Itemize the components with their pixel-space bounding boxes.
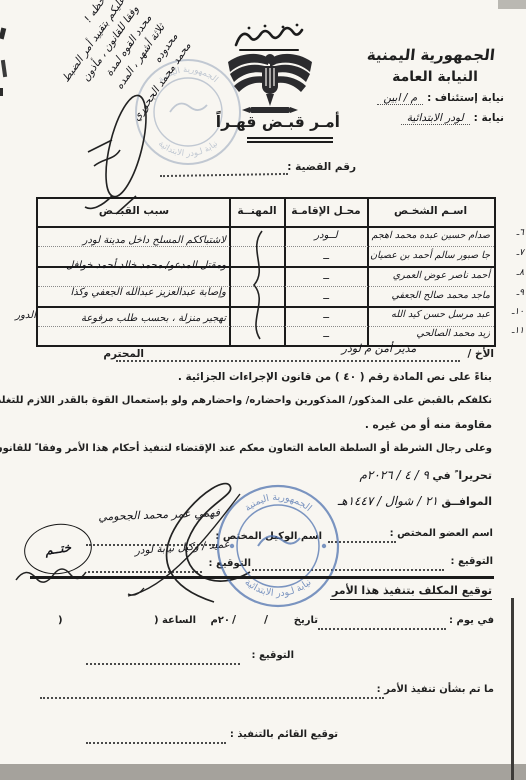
col-header-residence: محـل الإقامـة xyxy=(286,205,366,217)
appeal-value: م / ابين xyxy=(377,92,423,105)
profession-brace xyxy=(240,229,274,341)
stamp-top-text: الجمهورية اليمنية xyxy=(242,492,313,514)
signature-label: التوقيع : xyxy=(242,650,294,661)
done-line xyxy=(40,697,384,699)
legal-basis-text: بناءً على نص المادة رقم ( ٤٠ ) من قانون … xyxy=(60,371,492,383)
case-number-line xyxy=(160,173,288,177)
scan-edge-line xyxy=(511,598,514,780)
col-header-profession: المهنــة xyxy=(231,205,283,217)
branch-label: نيابة : xyxy=(474,112,504,125)
col-header-name: اسـم الشخـص xyxy=(369,205,492,217)
issued-label: تحريرا ً في xyxy=(432,469,492,482)
country-name: الجمهورية اليمنية xyxy=(359,46,503,64)
recipient-line xyxy=(116,360,460,362)
row-number: ١١ـ xyxy=(492,326,524,336)
arrest-reason-line: ومقتل المدعو/ محمد خالد أحمد خوافل xyxy=(42,260,226,271)
executor-signature-line xyxy=(86,742,226,744)
recipient-honorific: المحترم xyxy=(92,348,144,360)
svg-text:الجمهورية اليمنية: الجمهورية اليمنية xyxy=(242,492,313,514)
row-number: ٩ـ xyxy=(494,288,524,298)
scan-speck xyxy=(1,60,7,77)
day-line xyxy=(318,628,446,630)
scan-smudge-top-right xyxy=(498,0,526,9)
order-text-line1: نكلفكم بالقبض على المذكور/ المذكورين واح… xyxy=(34,395,492,406)
prosecution-stamp: الجمهورية اليمنية نيابة لـودر الابتدائية xyxy=(214,482,342,610)
issued-date-line: تحريرا ً في ٩ / ٤ / ٢٠٢٦م xyxy=(250,468,492,482)
col-header-reason: سبب القبــض xyxy=(40,205,228,217)
svg-text:نيابة لـودر الابتدائية: نيابة لـودر الابتدائية xyxy=(242,577,313,599)
branch-value: لودر الابتدائية xyxy=(401,112,470,125)
row-number: ٨ـ xyxy=(494,268,524,278)
row-number: ٧ـ xyxy=(494,248,524,258)
appeal-label: نيابة إستئناف : xyxy=(427,92,504,105)
arrest-reason-line: تهجير منزلة ، بحسب طلب مرفوعة xyxy=(42,313,226,324)
title-underline xyxy=(247,137,333,139)
person-name: عبد مرسل حسن كيد الله xyxy=(369,309,490,320)
scan-speck xyxy=(0,88,3,96)
branch-prosecution-line: نيابة : لودر الابتدائية xyxy=(348,112,504,125)
person-name: زيد محمد الصالحي xyxy=(369,328,490,339)
person-name: أحمد ناصر عوض العمري xyxy=(369,270,490,281)
signature-scribble-header xyxy=(82,80,172,215)
scan-bottom-strip xyxy=(0,764,526,780)
title-underline xyxy=(247,141,333,143)
person-name: صدام حسين عبده محمد اهجم xyxy=(369,230,490,241)
arrest-reason-line: لاشتباككم المسلح داخل مدينة لودر xyxy=(42,235,226,246)
row-number: ٦ـ xyxy=(494,228,524,238)
residence-ditto: ــ xyxy=(286,271,366,282)
order-text-line2: مقاومة منه أو من غيره . xyxy=(60,419,492,431)
residence-ditto: ــ xyxy=(286,251,366,262)
row-number: ١٠ـ xyxy=(492,307,524,317)
table-column-divider xyxy=(229,199,231,345)
recipient-value: مدير أمن م لودر xyxy=(300,342,458,355)
person-name: جا صبور سالم أحمد بن عصيان xyxy=(369,250,490,261)
cooperation-text: وعلى رجال الشرطة أو السلطة العامة التعاو… xyxy=(34,443,492,454)
table-header-divider xyxy=(38,226,494,228)
year-stub: ٢٠م xyxy=(198,615,230,626)
residence-ditto: ــ xyxy=(286,291,366,302)
arrest-reason-overflow: الدور xyxy=(2,310,36,321)
date-label: تاريخ xyxy=(286,615,318,626)
residence-value: لــودر xyxy=(286,230,366,241)
hour-close-paren: ) xyxy=(58,615,63,626)
execution-heading: توقيع المكلف بتنفيذ هذا الأمر xyxy=(330,584,492,600)
residence-ditto: ــ xyxy=(286,310,366,321)
person-name: ماجد محمد صالح الجعفي xyxy=(369,290,490,301)
scan-speck xyxy=(0,28,6,40)
member-name-label: اسم العضو المختص : xyxy=(397,528,493,539)
residence-ditto: ــ xyxy=(286,329,366,340)
issued-value: ٩ / ٤ / ٢٠٢٦م xyxy=(359,468,428,482)
authority-name: النيابة العامة xyxy=(385,69,485,85)
recipient-label: الأخ / xyxy=(460,348,494,360)
hijri-value: ٢١ / شوال / ١٤٤٧هـ xyxy=(338,494,438,508)
suspects-table: اسـم الشخـص محـل الإقامـة المهنــة سبب ا… xyxy=(36,197,496,347)
scanned-arrest-order-page: الجمهورية اليمنية نيابة لـودر الابتدائية… xyxy=(0,0,526,780)
arrest-reason-line: وإصابة عبدالعزيز عبدالله الجعفي وكذا xyxy=(42,287,226,298)
date-slash: / xyxy=(232,613,236,626)
appeal-prosecution-line: نيابة إستئناف : م / ابين xyxy=(348,92,504,105)
case-number-label: رقم القضية : xyxy=(292,161,356,173)
date-slash: / xyxy=(264,613,268,626)
hijri-label: الموافــق xyxy=(441,495,492,508)
section-divider xyxy=(30,576,494,579)
signature-line xyxy=(86,663,240,665)
day-label: في يوم : xyxy=(448,615,494,626)
done-label: ما تم بشأن تنفيذ الأمر : xyxy=(386,684,494,695)
form-title: أمـر قبـض قهـراً xyxy=(238,113,340,131)
bismillah-calligraphy xyxy=(231,20,307,54)
national-emblem xyxy=(226,50,314,116)
member-signature-label: التوقيع : xyxy=(445,556,493,567)
seal-word: ختــم xyxy=(44,540,72,557)
executor-signature-label: توقيع القائم بالتنفيذ : xyxy=(228,729,338,740)
stamp-bottom-text: نيابة لـودر الابتدائية xyxy=(242,577,313,599)
hour-label: الساعة ( xyxy=(126,615,196,626)
